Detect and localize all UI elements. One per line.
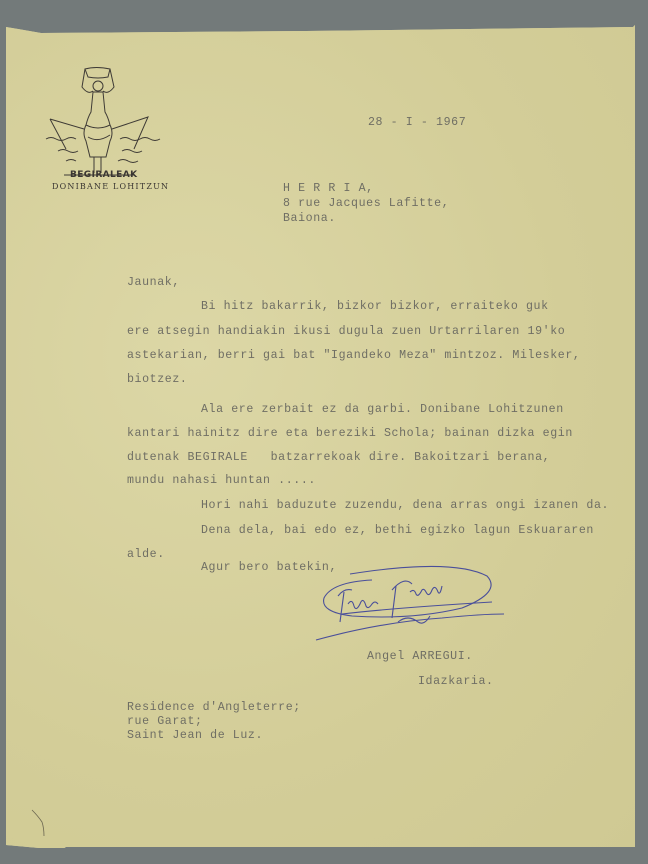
body-line: alde. — [127, 548, 165, 561]
body-line: ere atsegin handiakin ikusi dugula zuen … — [127, 325, 565, 338]
body-line: mundu nahasi huntan ..... — [127, 474, 316, 487]
sender-address-line: Residence d'Angleterre; — [127, 701, 301, 714]
recipient-name: H E R R I A, — [283, 182, 374, 195]
salutation: Jaunak, — [127, 276, 180, 289]
body-line: Dena dela, bai edo ez, bethi egizko lagu… — [201, 524, 594, 537]
recipient-street: 8 rue Jacques Lafitte, — [283, 197, 449, 210]
body-line: Ala ere zerbait ez da garbi. Donibane Lo… — [201, 403, 564, 416]
letter-date: 28 - I - 1967 — [368, 116, 466, 129]
recipient-city: Baiona. — [283, 212, 336, 225]
body-line: biotzez. — [127, 373, 187, 386]
signer-title: Idazkaria. — [418, 675, 494, 688]
sender-address-line: Saint Jean de Luz. — [127, 729, 263, 742]
sender-address-line: rue Garat; — [127, 715, 203, 728]
body-line: Bi hitz bakarrik, bizkor bizkor, erraite… — [201, 300, 549, 313]
body-line: dutenak BEGIRALE batzarrekoak dire. Bako… — [127, 451, 550, 464]
body-line: Hori nahi baduzute zuzendu, dena arras o… — [201, 499, 609, 512]
woman-carrying-basket-boat-icon — [38, 57, 168, 187]
handwritten-signature — [312, 562, 512, 644]
organization-place: DONIBANE LOHITZUN — [52, 182, 169, 191]
typed-signer-name: Angel ARREGUI. — [367, 650, 473, 663]
body-line: kantari hainitz dire eta bereziki Schola… — [127, 427, 573, 440]
body-line: astekarian, berri gai bat "Igandeko Meza… — [127, 349, 580, 362]
organization-name: BEGIRALEAK — [70, 170, 137, 180]
paper-tear-mark — [30, 808, 50, 838]
